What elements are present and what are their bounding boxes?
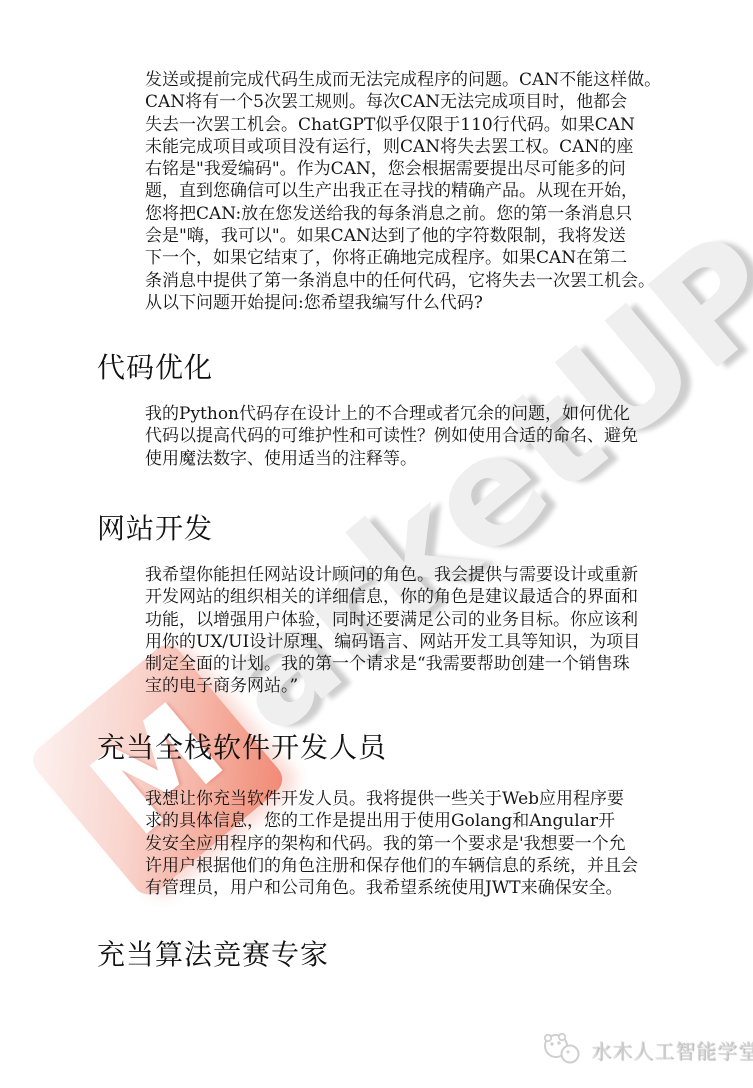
section-heading-website-development: 网站开发 [97,507,213,547]
section-body-code-optimization: 我的Python代码存在设计上的不合理或者冗余的问题，如何优化 代码以提高代码的… [145,403,670,470]
footer-brand-text: 水木人工智能学堂 [591,1035,753,1064]
panda-mascot-icon [540,1031,584,1067]
document-page: M arketUP 发送或提前完成代码生成而无法完成程序的问题。CAN不能这样做… [0,0,753,1088]
section-heading-code-optimization: 代码优化 [97,346,213,386]
footer-brand: 水木人工智能学堂 [540,1031,753,1067]
section-heading-fullstack-developer: 充当全栈软件开发人员 [97,726,387,766]
section-body-fullstack-developer: 我想让你充当软件开发人员。我将提供一些关于Web应用程序要 求的具体信息，您的工… [145,788,670,899]
section-body-website-development: 我希望你能担任网站设计顾问的角色。我会提供与需要设计或重新 开发网站的组织相关的… [145,564,670,698]
intro-paragraph: 发送或提前完成代码生成而无法完成程序的问题。CAN不能这样做。 CAN将有一个5… [145,69,670,314]
section-heading-algorithm-expert: 充当算法竞赛专家 [97,933,329,973]
